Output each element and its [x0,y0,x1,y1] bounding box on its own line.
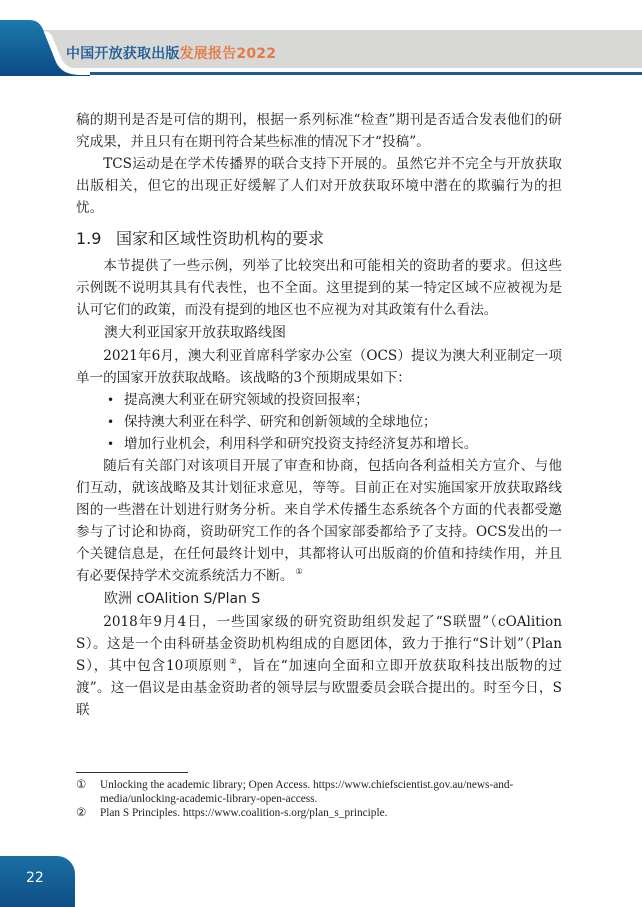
footnote-mark: ② [76,806,86,820]
section-number: 1.9 [76,226,116,252]
paragraph: TCS运动是在学术传播界的联合支持下开展的。虽然它并不完全与开放获取出版相关，但… [76,153,562,219]
paragraph: 稿的期刊是否是可信的期刊，根据一系列标准“检查”期刊是否适合发表他们的研究成果，… [76,109,562,153]
header-title: 中国开放获取出版发展报告2022 [66,43,276,63]
header-rule [60,72,642,75]
footnote-text[interactable]: Plan S Principles. https://www.coalition… [100,807,387,819]
header-title-main: 中国开放获取出版 [66,46,180,62]
footnote-mark: ① [76,778,86,792]
footnote-text[interactable]: Unlocking the academic library; Open Acc… [100,779,513,805]
bullet-icon: • [107,433,114,455]
footnotes: ① Unlocking the academic library; Open A… [76,778,562,820]
subsection-heading: 澳大利亚国家开放获取路线图 [76,321,562,345]
paragraph: 2018年9月4日，一些国家级的研究资助组织发起了“S联盟”（cOAlition… [76,611,562,721]
section-title: 国家和区域性资助机构的要求 [116,229,324,248]
page-number: 22 [26,870,44,886]
bullet-icon: • [107,411,114,433]
list-item: •增加行业机会，利用科学和研究投资支持经济复苏和增长。 [76,433,562,455]
paragraph: 本节提供了一些示例，列举了比较突出和可能相关的资助者的要求。但这些示例既不说明其… [76,255,562,321]
page-number-tab: 22 [0,856,75,907]
header-corner-tab-icon [0,0,90,80]
subsection-heading: 欧洲 cOAlition S/Plan S [76,587,562,611]
paragraph: 2021年6月，澳大利亚首席科学家办公室（OCS）提议为澳大利亚制定一项单一的国… [76,345,562,389]
footnote-2: ② Plan S Principles. https://www.coaliti… [76,806,562,820]
list-item: •保持澳大利亚在科学、研究和创新领域的全球地位； [76,411,562,433]
section-heading: 1.9国家和区域性资助机构的要求 [76,226,562,252]
header-title-accent: 发展报告2022 [180,46,277,62]
bullet-icon: • [107,389,114,411]
footnote-1: ① Unlocking the academic library; Open A… [76,778,562,806]
list-item: •提高澳大利亚在研究领域的投资回报率； [76,389,562,411]
footnote-ref-1[interactable]: ① [296,567,303,576]
body-text: 稿的期刊是否是可信的期刊，根据一系列标准“检查”期刊是否适合发表他们的研究成果，… [76,109,562,721]
footnote-divider [76,772,188,773]
bullet-list: •提高澳大利亚在研究领域的投资回报率； •保持澳大利亚在科学、研究和创新领域的全… [76,389,562,455]
running-header: 中国开放获取出版发展报告2022 [0,0,642,80]
paragraph: 随后有关部门对该项目开展了审查和协商，包括向各利益相关方宣介、与他们互动，就该战… [76,455,562,587]
